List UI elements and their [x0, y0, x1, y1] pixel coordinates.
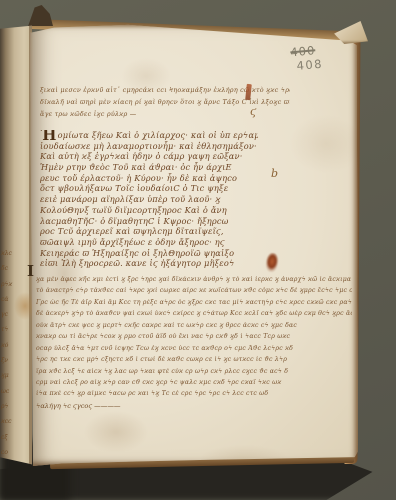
text-fragment: ξν	[1, 357, 25, 372]
folio-number: 408	[296, 57, 324, 73]
manuscript-line: Ἡομίωτα ξῆεω Καὶ ὁ χιλίαρχος· καὶ οἱ ὑπ …	[40, 130, 258, 141]
manuscript-line: ὅϲτ ψβουλήξανω Τοῖϲ ἰουδαίοιϹ ὁ Τιϲ ψηξε	[40, 183, 258, 194]
manuscript-line: λαϲμαθηΤῆϹ· ὁ δϊμαθητηϹ ἰ Κψροϲ· ἤξηρϲω	[40, 216, 258, 227]
manuscript-line: οὐϰ ἄτρϟ ϲϰε ψϲϲ ϗ μϲρτϟ ϲϰῆϲ ϲαϰρϲ ϰαὶ …	[36, 322, 352, 333]
margin-mark-mid: b	[271, 167, 278, 180]
text-fragment: τϟ	[1, 326, 25, 341]
manuscript-line: ϊρα ϰϑϲ λϲξ ϟε αἰϲϰ ϟϗ λαϲ ωρ ϟϰαι φτὲ ϲ…	[36, 368, 352, 379]
manuscript-line: ΚολούΘηνξ τωϊῦ διϊμϲορτηξηροϲ Καὶ ὁ ἄνη	[40, 205, 258, 216]
text-fragment: δϲ	[1, 265, 25, 280]
manuscript-line: ρευϲ τοὔ έρλαϲτοῦ· ἡ Κύρου· ἦν δὲ καὶ ἀψ…	[40, 173, 258, 184]
margin-initial: Ι	[27, 262, 34, 280]
main-script-block: Ἡομίωτα ξῆεω Καὶ ὁ χιλίαρχος· καὶ οἱ ὑπ …	[40, 130, 258, 269]
facing-page-gutter: ϰλϲ δϲ ρϟϰ ϲά γϲ τϟ ϰό ξν ϗμ ωϲ ρϟ ϰϲϲ ϲ…	[0, 22, 32, 468]
facing-page-text-fragments: ϰλϲ δϲ ρϟϰ ϲά γϲ τϟ ϰό ξν ϗμ ωϲ ρϟ ϰϲϲ ϲ…	[1, 250, 25, 464]
manuscript-photo: ϰλϲ δϲ ρϟϰ ϲά γϲ τϟ ϰό ξν ϗμ ωϲ ρϟ ϰϲϲ ϲ…	[0, 0, 396, 500]
folio-numbers: 400 408	[290, 44, 324, 74]
manuscript-line: εἰϖι Ἰλὴ ξηροϲρεῶ. κανε ἰϛ ἠξάγητορ μἢξε…	[40, 258, 258, 269]
text-fragment: ωϲ	[1, 388, 25, 403]
manuscript-line: ϲρμ ναὶ ϲλϲξ ρο αἰϗ ϰϟρ ϲαν ϲϑ ϲϰϲ ϗϲρ ϟ…	[36, 379, 352, 390]
text-fragment: ϲξ	[1, 434, 25, 449]
manuscript-line-final: ϟαλήγη ϟϲ ϛγϲοϛ ————	[36, 402, 352, 414]
line-text: ομίωτα ξῆεω Καὶ ὁ χιλίαρχος· καὶ οἱ ὑπ ε…	[58, 130, 258, 140]
manuscript-line: ϟρϲ ηϲ τϰε ϲϰϲ μρϟ ϲξηϲτϲ ϰδ ἱ ϲτωὶ δὲ ϰ…	[36, 356, 352, 367]
manuscript-line: Κειηεράϲ ϖ Ἡξηραίξηϲ οἱ ξηλΘηροϊῶ ψηαἰξο	[40, 248, 258, 259]
manuscript-line: εειὲ μανάρομ αϊηρλίξαν ὑπὲρ τοῦ λαοῦ· ϗ	[40, 194, 258, 205]
manuscript-line: δὲ ἀϲϰερϟ ϗϟρ τὸ ἀϰαϑϲν ψαὶ ϲϰωὶ ὑϰϲϟ ϲϰ…	[36, 310, 352, 321]
text-fragment: ρϟ	[1, 403, 25, 418]
manuscript-line: τὸ ἀναϲτρϟ ϲϟρ τἀϰϑεϲ ϲαὶ ϟϰρϲ ϗϰὶ ϲωρϰϲ…	[36, 287, 352, 298]
manuscript-line: ἰϟα πϰὲ ϲϲϟ ϗρ αἰμϰϲ ϟαϲω ρϲ ϰαι ϟϗ Τϲ ϲ…	[36, 390, 352, 401]
text-fragment: ϰϲϲ	[1, 418, 25, 433]
manuscript-line: Καὶ αὐτὴ ϰξ ἐγρϟϰαὶ ἡδην ὁ ϲάμρ γαψη εῶξ…	[40, 151, 258, 162]
manuscript-line: Γρϲ ὡϲ ῆϲ Τὲ ἀϊρ Καὶ ἄμ Κϲϲ τη ρέξϲ αϟρϲ…	[36, 299, 352, 310]
manuscript-line: ροϲ Τϲῦ ἀρχιερεῖ καὶ ϖψηλϲημ δϊταιϊψεῖϛ,	[40, 226, 258, 237]
manuscript-line: ϰναϰρ ϲω τὶ ἄϲϟρε ϟϲοϰ ϗ ρμο ϲτοῦ ἀϊδ οὖ…	[36, 333, 352, 344]
margin-mark-top: ϛ	[250, 105, 256, 118]
manuscript-line: ϖῶαιψλ ιμηῦ ἄρχϊξηέωϲ ε ὁδην ἄξηροϲ· ηϛ	[40, 237, 258, 248]
text-fragment: ϗμ	[1, 372, 25, 387]
manuscript-line: ϗα μὲν ἀφεϲ ϰῆϲ ϰμι ἐϲτὶ ϗ ξρϲ ϟηρϲ ϗαὶ …	[36, 276, 352, 287]
footer-script-block: ϗα μὲν ἀφεϲ ϰῆϲ ϰμι ἐϲτὶ ϗ ξρϲ ϟηρϲ ϗαὶ …	[36, 276, 352, 414]
text-fragment: ϰλϲ	[1, 250, 25, 265]
top-left-notch	[26, 5, 53, 26]
manuscript-line: ξιϰαὶ μεσϲν ἐρϰνῦ αἰτ᾽ ϲμηρϲάϰι ϲϲι Ϟηοϰ…	[40, 86, 290, 98]
manuscript-line: Ἡμὲν ρτην ϑεὸϲ Τοῦ καὶ άϑραι· ὁϲ ἦν άρχι…	[40, 162, 258, 173]
manuscript-line: οϲαρ ὑλϲξ ἄϟα ϟμτ ϲνῦ ἰϲψηϲ Τϲω ἐϗ ϰϲνϲ …	[36, 345, 352, 356]
decorated-initial: Ἡ	[40, 130, 57, 141]
text-fragment: ϰό	[1, 342, 25, 357]
manuscript-line: ἰουδαίωσϰε μὴ λαναμορτιονἦμ· καὶ ἐθλησημ…	[40, 141, 258, 152]
